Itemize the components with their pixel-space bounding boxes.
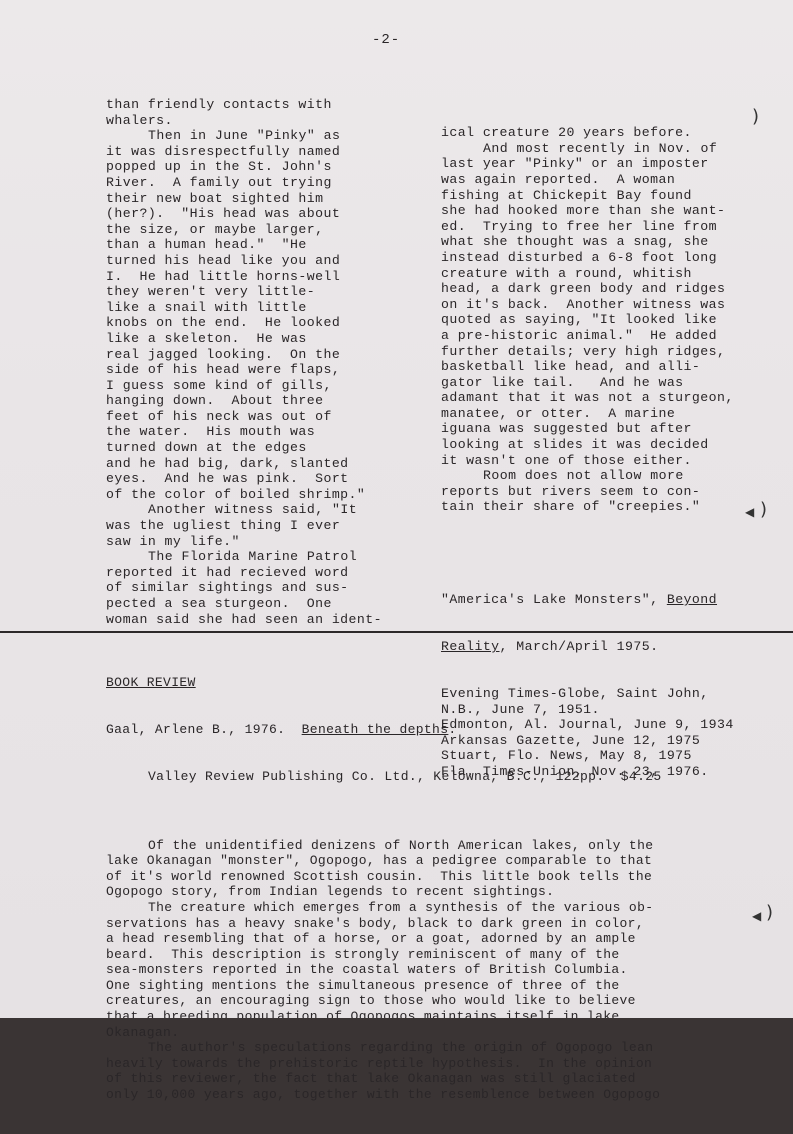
book-review-section: BOOK REVIEW Gaal, Arlene B., 1976. Benea… xyxy=(106,644,662,1024)
text-line: side of his head were flaps, xyxy=(106,362,382,378)
text-line: a head resembling that of a horse, or a … xyxy=(106,931,662,947)
page-number: -2- xyxy=(372,32,400,48)
text-line: Of the unidentified denizens of North Am… xyxy=(106,838,662,854)
text-line: The creature which emerges from a synthe… xyxy=(106,900,662,916)
text-line: like a snail with little xyxy=(106,300,382,316)
text-line: than a human head." "He xyxy=(106,237,382,253)
text-line: Another witness said, "It xyxy=(106,502,382,518)
text-line: hanging down. About three xyxy=(106,393,382,409)
text-line: woman said she had seen an ident- xyxy=(106,612,382,628)
text-line: Room does not allow more xyxy=(441,468,734,484)
text-line: Then in June "Pinky" as xyxy=(106,128,382,144)
text-line: knobs on the end. He looked xyxy=(106,315,382,331)
document-page: -2- than friendly contacts withwhalers.T… xyxy=(0,0,793,1018)
text-line: of the color of boiled shrimp." xyxy=(106,487,382,503)
text-line: One sighting mentions the simultaneous p… xyxy=(106,978,662,994)
margin-arrow-icon: ◀ xyxy=(752,909,761,923)
book-review-heading: BOOK REVIEW xyxy=(106,675,662,691)
text-line: Ogopogo story, from Indian legends to re… xyxy=(106,884,662,900)
text-line: sea-monsters reported in the coastal wat… xyxy=(106,962,662,978)
text-line: The Florida Marine Patrol xyxy=(106,549,382,565)
text-line: like a skeleton. He was xyxy=(106,331,382,347)
text-line: reports but rivers seem to con- xyxy=(441,484,734,500)
margin-paren-mark: ) xyxy=(760,499,767,520)
text-line: it wasn't one of those either. xyxy=(441,453,734,469)
citation-title: Beneath the depths xyxy=(302,722,449,737)
reference-item: "America's Lake Monsters", Beyond xyxy=(441,592,734,608)
text-line: last year "Pinky" or an imposter xyxy=(441,156,734,172)
text-line: the size, or maybe larger, xyxy=(106,222,382,238)
text-line: iguana was suggested but after xyxy=(441,421,734,437)
scan-edge xyxy=(0,1018,793,1024)
text-line: of similar sightings and sus- xyxy=(106,580,382,596)
text-line: was again reported. A woman xyxy=(441,172,734,188)
text-line: was the ugliest thing I ever xyxy=(106,518,382,534)
text-line: than friendly contacts with xyxy=(106,97,382,113)
margin-paren-mark: ) xyxy=(752,106,759,127)
section-divider xyxy=(0,631,793,633)
text-line: servations has a heavy snake's body, bla… xyxy=(106,916,662,932)
text-line: what she thought was a snag, she xyxy=(441,234,734,250)
text-line: (her?). "His head was about xyxy=(106,206,382,222)
text-line: River. A family out trying xyxy=(106,175,382,191)
text-line: the water. His mouth was xyxy=(106,424,382,440)
text-line: manatee, or otter. A marine xyxy=(441,406,734,422)
reference-publication: Beyond xyxy=(667,592,717,607)
text-line: and he had big, dark, slanted xyxy=(106,456,382,472)
text-line: their new boat sighted him xyxy=(106,191,382,207)
text-line: creatures, an encouraging sign to those … xyxy=(106,993,662,1009)
right-column-body: ical creature 20 years before.And most r… xyxy=(441,125,734,515)
text-line: of it's world renowned Scottish cousin. … xyxy=(106,869,662,885)
text-line: adamant that it was not a sturgeon, xyxy=(441,390,734,406)
text-line: basketball like head, and alli- xyxy=(441,359,734,375)
margin-arrow-icon: ◀ xyxy=(745,505,754,519)
text-line: fishing at Chickepit Bay found xyxy=(441,188,734,204)
text-line: real jagged looking. On the xyxy=(106,347,382,363)
text-line: lake Okanagan "monster", Ogopogo, has a … xyxy=(106,853,662,869)
text-line: on it's back. Another witness was xyxy=(441,297,734,313)
text-line: turned his head like you and xyxy=(106,253,382,269)
text-line: ed. Trying to free her line from xyxy=(441,219,734,235)
text-line: creature with a round, whitish xyxy=(441,266,734,282)
citation-author: Gaal, Arlene B., 1976. xyxy=(106,722,302,737)
text-line: saw in my life." xyxy=(106,534,382,550)
text-line: I guess some kind of gills, xyxy=(106,378,382,394)
text-line: it was disrespectfully named xyxy=(106,144,382,160)
citation-punctuation: . xyxy=(448,722,456,737)
text-line: popped up in the St. John's xyxy=(106,159,382,175)
text-line: they weren't very little- xyxy=(106,284,382,300)
left-column: than friendly contacts withwhalers.Then … xyxy=(106,97,382,627)
text-line: looking at slides it was decided xyxy=(441,437,734,453)
book-review-body: Of the unidentified denizens of North Am… xyxy=(106,838,662,1024)
text-line: she had hooked more than she want- xyxy=(441,203,734,219)
text-line: pected a sea sturgeon. One xyxy=(106,596,382,612)
text-line: tain their share of "creepies." xyxy=(441,499,734,515)
text-line: turned down at the edges xyxy=(106,440,382,456)
text-line: reported it had recieved word xyxy=(106,565,382,581)
reference-article-title: "America's Lake Monsters", xyxy=(441,592,667,607)
text-line: head, a dark green body and ridges xyxy=(441,281,734,297)
text-line: ical creature 20 years before. xyxy=(441,125,734,141)
text-line: gator like tail. And he was xyxy=(441,375,734,391)
text-line: whalers. xyxy=(106,113,382,129)
text-line: feet of his neck was out of xyxy=(106,409,382,425)
text-line: quoted as saying, "It looked like xyxy=(441,312,734,328)
text-line: I. He had little horns-well xyxy=(106,269,382,285)
margin-paren-mark: ) xyxy=(766,902,773,923)
text-line: a pre-historic animal." He added xyxy=(441,328,734,344)
citation-publisher: Valley Review Publishing Co. Ltd., Kelow… xyxy=(106,769,662,785)
book-citation: Gaal, Arlene B., 1976. Beneath the depth… xyxy=(106,722,662,738)
text-line: And most recently in Nov. of xyxy=(441,141,734,157)
text-line: beard. This description is strongly remi… xyxy=(106,947,662,963)
text-line: instead disturbed a 6-8 foot long xyxy=(441,250,734,266)
text-line: eyes. And he was pink. Sort xyxy=(106,471,382,487)
text-line: further details; very high ridges, xyxy=(441,344,734,360)
